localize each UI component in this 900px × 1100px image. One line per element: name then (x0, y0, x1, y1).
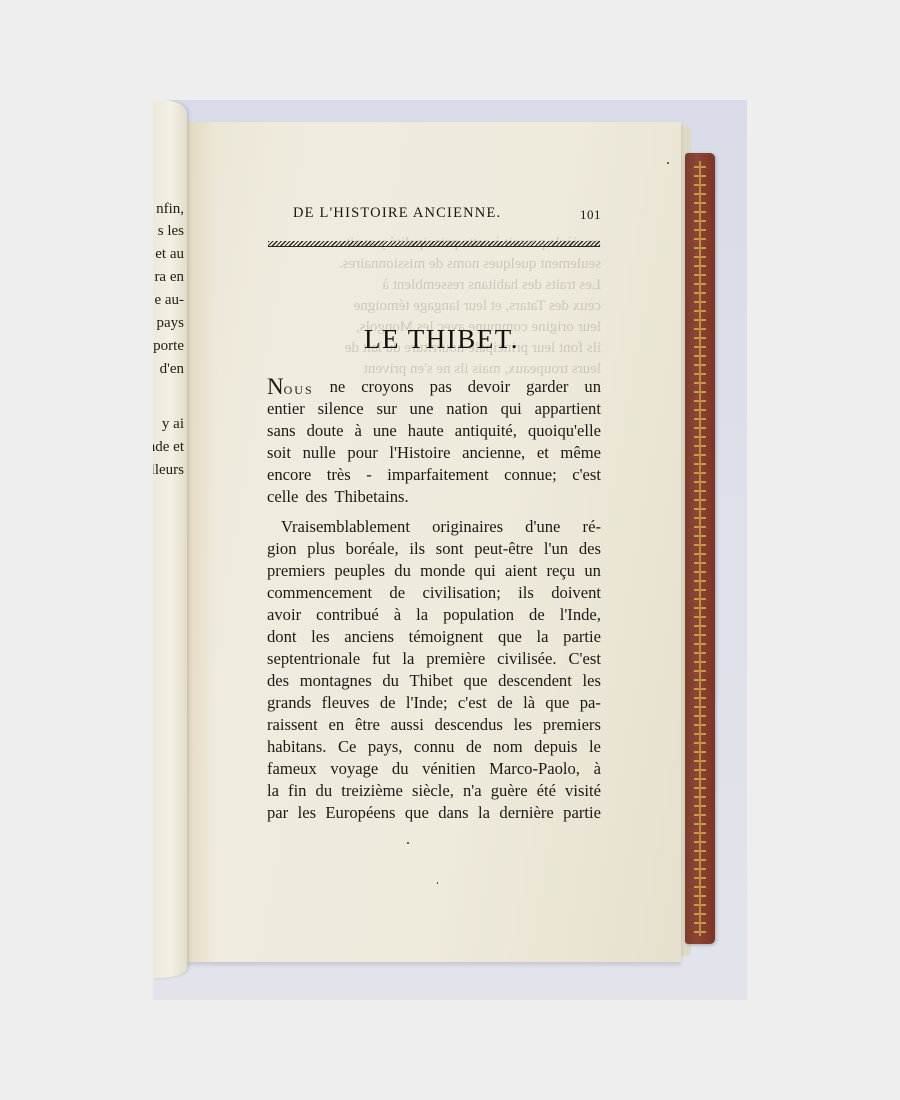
text-line: fameuxvoyageduvénitienMarco-Paolo,à (267, 758, 601, 780)
text-line: gionplusboréale,ilssontpeut-êtrel'undes (267, 538, 601, 560)
book-page-right: au siècle passait à cette principalité y… (187, 122, 681, 962)
chapter-title: LE THIBET. (187, 324, 681, 355)
text-line: raissentenêtreaussidescenduslespremiers (267, 714, 601, 736)
left-page-fragment: nde et (153, 440, 184, 455)
text-line: habitans.Cepays,connudenomdepuisle (267, 736, 601, 758)
left-page-fragment: nfin, (156, 202, 184, 217)
text-line: sansdouteàunehauteantiquité,quoiqu'elle (267, 420, 601, 442)
text-line: lafindutreizièmesiècle,n'aguèreétévisité (267, 780, 601, 802)
left-page-fragment: d'en (160, 362, 184, 377)
show-through-text: au siècle passait à cette principalité y… (267, 233, 601, 380)
paper-speck (437, 882, 438, 884)
ornamental-rule (268, 241, 600, 246)
text-line: grandsfleuvesdel'Inde;c'estdelàquepa- (267, 692, 601, 714)
paper-speck (407, 842, 409, 844)
running-head-title: DE L'HISTOIRE ANCIENNE. (293, 205, 501, 222)
text-line: dontlesancienstémoignentquelapartie (267, 626, 601, 648)
gilt-ornament (694, 161, 706, 936)
paper-speck (667, 162, 669, 164)
text-line: entiersilencesurunenationquiappartient (267, 398, 601, 420)
text-line: parlesEuropéensquedansladernièrepartie (267, 802, 601, 824)
book-photograph: au siècle passait à cette principalité y… (153, 100, 747, 1000)
paragraph-2: Vraisemblablementoriginairesd'uneré- gio… (267, 516, 601, 824)
text-line: soitnullepourl'Histoireancienne,etmême (267, 442, 601, 464)
text-line: encoretrès-imparfaitementconnue;c'est (267, 464, 601, 486)
left-page-fragment: s les (158, 224, 184, 239)
book-page-left-curl: nfin, s les et au ra en e au- pays porte… (153, 100, 187, 978)
text-line: septentrionalefutlapremièrecivilisée.C'e… (267, 648, 601, 670)
left-page-fragment: ra en (154, 270, 184, 285)
page-number: 101 (580, 207, 601, 223)
left-page-fragment: lleurs (153, 463, 184, 478)
left-page-fragment: e au- (154, 293, 184, 308)
body-text: Nousnecroyonspasdevoirgarderun entiersil… (267, 376, 601, 824)
left-page-fragment: y ai (162, 417, 184, 432)
text-line: celledesThibetains. (267, 486, 601, 508)
text-line: Vraisemblablementoriginairesd'uneré- (267, 516, 601, 538)
text-line: Nousnecroyonspasdevoirgarderun (267, 376, 601, 398)
gilt-leather-binding-edge (685, 153, 715, 944)
left-page-fragment: porte (153, 339, 184, 354)
text-line: premierspeuplesdumondequiaientreçuun (267, 560, 601, 582)
text-line: avoircontribuéàlapopulationdel'Inde, (267, 604, 601, 626)
left-page-fragment: et au (155, 247, 184, 262)
text-line: desmontagnesduThibetquedescendentles (267, 670, 601, 692)
paragraph-1: Nousnecroyonspasdevoirgarderun entiersil… (267, 376, 601, 508)
left-page-fragment: pays (157, 316, 185, 331)
text-line: commencementdecivilisation;ilsdoivent (267, 582, 601, 604)
